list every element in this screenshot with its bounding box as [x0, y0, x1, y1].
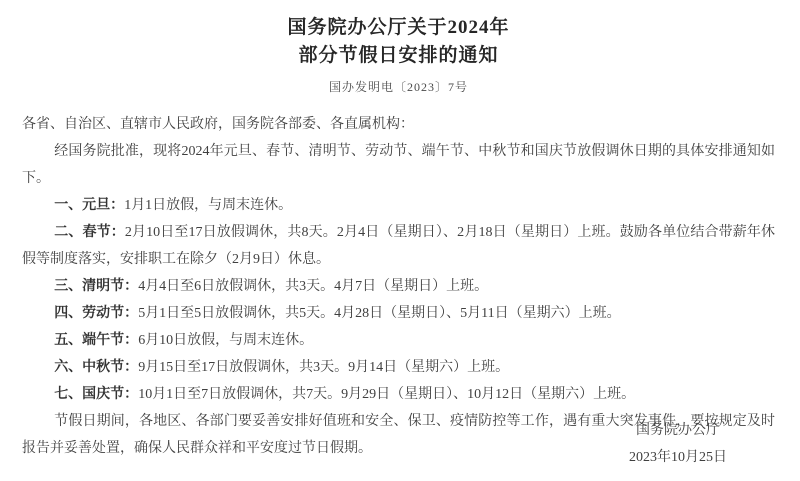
- holiday-item-text: 10月1日至7日放假调休，共7天。9月29日（星期日）、10月12日（星期六）上…: [138, 387, 635, 402]
- holiday-item-new-year: 一、元旦：1月1日放假，与周末连休。: [22, 192, 775, 219]
- holiday-item-text: 5月1日至5日放假调休，共5天。4月28日（星期日）、5月11日（星期六）上班。: [138, 306, 620, 321]
- title-line-2: 部分节假日安排的通知: [22, 42, 775, 70]
- holiday-item-labor-day: 四、劳动节：5月1日至5日放假调休，共5天。4月28日（星期日）、5月11日（星…: [22, 300, 775, 327]
- holiday-item-label: 三、清明节：: [54, 279, 138, 294]
- holiday-item-label: 二、春节：: [54, 225, 125, 240]
- holiday-item-label: 五、端午节：: [54, 333, 138, 348]
- holiday-item-label: 七、国庆节：: [54, 387, 138, 402]
- holiday-item-text: 4月4日至6日放假调休，共3天。4月7日（星期日）上班。: [138, 279, 488, 294]
- signature-block: 国务院办公厅 2023年10月25日: [629, 417, 727, 471]
- intro-paragraph: 经国务院批准，现将2024年元旦、春节、清明节、劳动节、端午节、中秋节和国庆节放…: [22, 138, 775, 192]
- holiday-item-text: 6月10日放假，与周末连休。: [138, 333, 313, 348]
- holiday-item-qingming: 三、清明节：4月4日至6日放假调休，共3天。4月7日（星期日）上班。: [22, 273, 775, 300]
- holiday-item-label: 六、中秋节：: [54, 360, 138, 375]
- holiday-item-text: 9月15日至17日放假调休，共3天。9月14日（星期六）上班。: [138, 360, 509, 375]
- document-title: 国务院办公厅关于2024年 部分节假日安排的通知: [22, 14, 775, 70]
- holiday-item-dragon-boat: 五、端午节：6月10日放假，与周末连休。: [22, 327, 775, 354]
- document-number: 国办发明电〔2023〕7号: [22, 78, 775, 95]
- signature: 国务院办公厅: [629, 417, 727, 444]
- holiday-item-mid-autumn: 六、中秋节：9月15日至17日放假调休，共3天。9月14日（星期六）上班。: [22, 354, 775, 381]
- holiday-item-label: 四、劳动节：: [54, 306, 138, 321]
- title-line-1: 国务院办公厅关于2024年: [22, 14, 775, 42]
- holiday-item-label: 一、元旦：: [54, 198, 124, 213]
- salutation: 各省、自治区、直辖市人民政府，国务院各部委、各直属机构：: [22, 111, 775, 138]
- document-body: 各省、自治区、直辖市人民政府，国务院各部委、各直属机构： 经国务院批准，现将20…: [22, 111, 775, 462]
- notice-document: 国务院办公厅关于2024年 部分节假日安排的通知 国办发明电〔2023〕7号 各…: [0, 0, 800, 481]
- holiday-item-spring-festival: 二、春节：2月10日至17日放假调休，共8天。2月4日（星期日）、2月18日（星…: [22, 219, 775, 273]
- signature-date: 2023年10月25日: [629, 444, 727, 471]
- holiday-item-national-day: 七、国庆节：10月1日至7日放假调休，共7天。9月29日（星期日）、10月12日…: [22, 381, 775, 408]
- holiday-item-text: 1月1日放假，与周末连休。: [124, 198, 292, 213]
- holiday-item-text: 2月10日至17日放假调休，共8天。2月4日（星期日）、2月18日（星期日）上班…: [22, 225, 775, 267]
